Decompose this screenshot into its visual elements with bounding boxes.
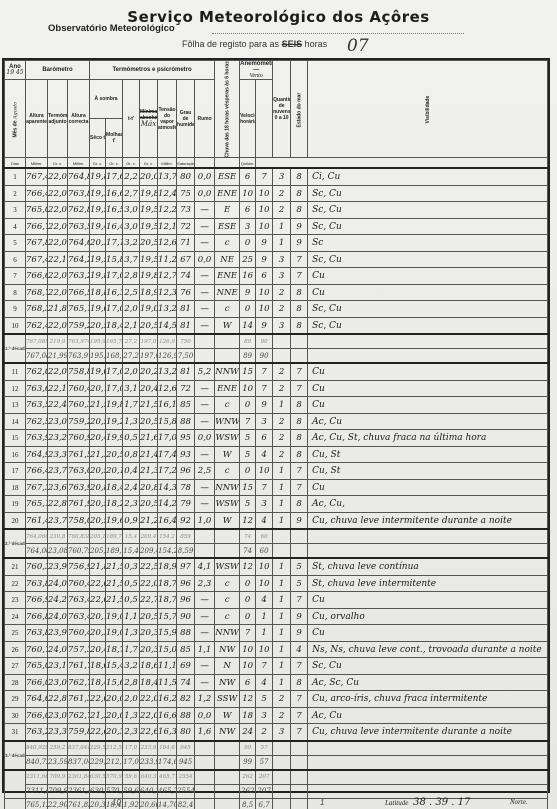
cell-min: 22,0 xyxy=(140,707,158,724)
cell-mar: 2 xyxy=(273,430,291,447)
cell-seco: 22,0 xyxy=(90,575,106,592)
cell-rumo: c xyxy=(215,592,240,609)
cell-alt-c: 760,46 xyxy=(68,625,90,642)
cell-alt-ap: 766,40 xyxy=(26,185,48,202)
cell-min: 19,5 xyxy=(140,251,158,268)
cell-vel: 6 xyxy=(240,168,256,185)
cell-min: 18,9 xyxy=(140,284,158,301)
cell-nuv: 10 xyxy=(256,558,273,575)
cell-rumo: c xyxy=(215,235,240,252)
cell-grau: 90 xyxy=(177,608,195,625)
cell-diff: 2,3 xyxy=(123,724,140,741)
decade-summary-row: 767,08521,99763,974195,9168,727,2197,012… xyxy=(5,349,548,364)
cell-alt-ap: 763,90 xyxy=(26,430,48,447)
wet-header: Molhado t' xyxy=(106,119,123,158)
cell-tensao: 11,5 xyxy=(158,674,177,691)
summary-seco: 630,5 xyxy=(90,784,106,798)
summary-diff: 59,6 xyxy=(123,770,140,785)
cell-nuv: 10 xyxy=(256,185,273,202)
cell-seco: 20,5 xyxy=(90,512,106,529)
cell-grau: 78 xyxy=(177,479,195,496)
day-number: 4 xyxy=(5,218,26,235)
summary-alt-c: 837,041 xyxy=(68,755,90,770)
cell-vis: 8 xyxy=(291,397,308,414)
summary-seco: 205,1 xyxy=(90,529,106,544)
cell-chuva: — xyxy=(195,446,215,463)
summary-min: 209,4 xyxy=(140,529,158,544)
cell-rumo: NW xyxy=(215,641,240,658)
anemometer-header: Anemómetro—Vento xyxy=(240,61,273,80)
decade-summary-row: 764,06023,08760,79205,1189,715,4209,4154… xyxy=(5,544,548,559)
summary-seco: 229,5 xyxy=(90,755,106,770)
summary-blank xyxy=(215,349,240,364)
summary-term: 709,9 xyxy=(48,784,68,798)
cell-nuv: 7 xyxy=(256,658,273,675)
cell-seco: 20,5 xyxy=(90,463,106,480)
decade-summary-row: 1.ª década767,085219,9763,974195,9165,72… xyxy=(5,334,548,349)
summary-term: 23,592 xyxy=(48,755,68,770)
cell-diff: 0,5 xyxy=(123,592,140,609)
cell-diff: 2,2 xyxy=(123,168,140,185)
cell-chuva: 0,0 xyxy=(195,168,215,185)
cell-vel: 0 xyxy=(240,463,256,480)
summary-alt-c: 760,838 xyxy=(68,529,90,544)
cell-term: 23,9 xyxy=(48,558,68,575)
cell-min: 20,4 xyxy=(140,380,158,397)
cell-min: 20,2 xyxy=(140,363,158,380)
cell-tensao: 12,2 xyxy=(158,202,177,219)
apparent-height-header: Altura aparente xyxy=(26,80,48,158)
cell-grau: 95 xyxy=(177,430,195,447)
day-number: 25 xyxy=(5,625,26,642)
unit-gr: Gr. c. xyxy=(90,158,106,169)
summary-term: 230,8 xyxy=(48,529,68,544)
cell-diff: 3,1 xyxy=(123,380,140,397)
cell-seco: 20,5 xyxy=(90,496,106,513)
summary-term: 259,2 xyxy=(48,741,68,756)
summary-blank xyxy=(273,529,291,544)
cell-alt-ap: 762,40 xyxy=(26,317,48,334)
summary-nuv: 57 xyxy=(256,755,273,770)
cell-nuv: 6 xyxy=(256,430,273,447)
sheet-label-suffix: horas xyxy=(305,39,328,49)
table-row: 9768,3021,8765,1519,017,02,019,013,281—c… xyxy=(5,301,548,318)
cell-diff: 1,7 xyxy=(123,397,140,414)
cell-vis: 7 xyxy=(291,268,308,285)
dry-header: Sêco t xyxy=(90,119,106,158)
summary-blank xyxy=(273,755,291,770)
unit-blank xyxy=(195,158,215,169)
cell-molh: 20,0 xyxy=(106,707,123,724)
cell-alt-ap: 760,30 xyxy=(26,558,48,575)
cell-tensao: 14,5 xyxy=(158,317,177,334)
cell-chuva: — xyxy=(195,317,215,334)
cell-tensao: 14,2 xyxy=(158,496,177,513)
latitude-label: Latitude xyxy=(385,799,408,807)
cell-grau: 80 xyxy=(177,168,195,185)
cell-term: 21,8 xyxy=(48,301,68,318)
cell-grau: 71 xyxy=(177,235,195,252)
summary-diff: 59,6 xyxy=(123,784,140,798)
cell-grau: 80 xyxy=(177,724,195,741)
table-row: 23766,9024,2763,4822,021,50,522,718,796—… xyxy=(5,592,548,609)
day-number: 21 xyxy=(5,558,26,575)
cell-rumo: c xyxy=(215,575,240,592)
summary-grau: 7,50 xyxy=(177,349,195,364)
table-row: 17766,4023,7763,0420,520,10,421,317,2962… xyxy=(5,463,548,480)
cell-rumo: NNW xyxy=(215,479,240,496)
cell-term: 22,0 xyxy=(48,363,68,380)
cell-chuva: — xyxy=(195,608,215,625)
cell-alt-ap: 766,40 xyxy=(26,463,48,480)
cell-mar: 1 xyxy=(273,575,291,592)
month-mean-alt-ap: 765,12 xyxy=(26,798,48,809)
cell-chuva: 0,0 xyxy=(195,251,215,268)
cell-min: 21,2 xyxy=(140,512,158,529)
table-row: 22763,8024,0760,4022,021,50,522,018,7962… xyxy=(5,575,548,592)
unit-blank xyxy=(215,158,240,169)
cell-vis: 8 xyxy=(291,284,308,301)
cell-term: 23,3 xyxy=(48,724,68,741)
day-number: 17 xyxy=(5,463,26,480)
summary-grau: 2554 xyxy=(177,770,195,785)
summary-blank xyxy=(195,784,215,798)
cell-nuv: 7 xyxy=(256,168,273,185)
cell-term: 22,0 xyxy=(48,218,68,235)
unit-blank xyxy=(256,158,548,169)
day-number: 11 xyxy=(5,363,26,380)
sky-remark: Ns, Ns, chuva leve cont., trovoada duran… xyxy=(308,641,548,658)
cell-grau: 69 xyxy=(177,658,195,675)
summary-alt-ap: 767,085 xyxy=(26,334,48,349)
cell-min: 18,6 xyxy=(140,658,158,675)
latitude-value: 38 . 39 . 17 xyxy=(413,797,470,808)
wind-speed-header: Velocidade horária xyxy=(240,80,256,158)
decade-summary-row: 2.ª década764,060230,8760,838205,1189,71… xyxy=(5,529,548,544)
cell-vis: 7 xyxy=(291,658,308,675)
cell-alt-ap: 768,70 xyxy=(26,284,48,301)
cell-tensao: 14,3 xyxy=(158,479,177,496)
cell-alt-ap: 767,45 xyxy=(26,251,48,268)
sky-remark: Sc, Cu xyxy=(308,317,548,334)
summary-term: 709,9 xyxy=(48,770,68,785)
cell-molh: 15,4 xyxy=(106,658,123,675)
summary-vel: 89 xyxy=(240,349,256,364)
cell-seco: 19,8 xyxy=(90,268,106,285)
cell-mar: 1 xyxy=(273,592,291,609)
summary-nuv: 207 xyxy=(256,770,273,785)
cell-nuv: 10 xyxy=(256,218,273,235)
cell-alt-c: 758,06 xyxy=(68,512,90,529)
observatory-label: Observatório Meteorológico xyxy=(48,23,175,34)
table-row: 11762,0022,0758,8619,017,02,020,213,2815… xyxy=(5,363,548,380)
cell-alt-c: 761,58 xyxy=(68,446,90,463)
summary-blank xyxy=(195,334,215,349)
cell-chuva: 2,5 xyxy=(195,463,215,480)
cell-tensao: 12,3 xyxy=(158,284,177,301)
summary-grau: 859 xyxy=(177,529,195,544)
cell-mar: 2 xyxy=(273,691,291,708)
day-number: 23 xyxy=(5,592,26,609)
cell-diff: 2,1 xyxy=(123,317,140,334)
cell-min: 22,0 xyxy=(140,691,158,708)
cell-min: 19,5 xyxy=(140,218,158,235)
cell-chuva: 5,2 xyxy=(195,363,215,380)
cell-mar: 2 xyxy=(273,284,291,301)
day-number: 6 xyxy=(5,251,26,268)
cell-term: 23,3 xyxy=(48,446,68,463)
cell-vis: 8 xyxy=(291,317,308,334)
day-number: 2 xyxy=(5,185,26,202)
summary-alt-ap: 840,920 xyxy=(26,741,48,756)
cell-alt-ap: 765,00 xyxy=(26,202,48,219)
cell-rumo: WSW xyxy=(215,496,240,513)
cell-vel: 5 xyxy=(240,496,256,513)
cell-chuva: — xyxy=(195,658,215,675)
sky-remark: Sc, Cu xyxy=(308,301,548,318)
cell-molh: 16,3 xyxy=(106,284,123,301)
unit-mm: Millim. xyxy=(158,158,177,169)
summary-blank xyxy=(273,784,291,798)
cell-diff: 0,9 xyxy=(123,512,140,529)
cell-vis: 9 xyxy=(291,625,308,642)
cell-rumo: E xyxy=(215,202,240,219)
summary-molh: 168,7 xyxy=(106,349,123,364)
cell-tensao: 17,0 xyxy=(158,430,177,447)
summary-alt-ap: 2311,665 xyxy=(26,770,48,785)
cell-grau: 75 xyxy=(177,185,195,202)
summary-tensao: 126,9 xyxy=(158,334,177,349)
cell-grau: 85 xyxy=(177,397,195,414)
summary-blank xyxy=(195,349,215,364)
cell-seco: 21,3 xyxy=(90,707,106,724)
summary-blank xyxy=(215,798,240,809)
cell-chuva: 1,2 xyxy=(195,691,215,708)
cell-molh: 19,0 xyxy=(106,608,123,625)
clouds-header: Quantidade de nuvens 0 a 10 xyxy=(273,61,291,158)
cell-nuv: 7 xyxy=(256,380,273,397)
sky-remark: Cu xyxy=(308,625,548,642)
handwritten-hour: 07 xyxy=(347,36,369,56)
summary-min: 640,3 xyxy=(140,784,158,798)
cell-tensao: 11,1 xyxy=(158,658,177,675)
cell-diff: 2,4 xyxy=(123,479,140,496)
cell-molh: 19,6 xyxy=(106,512,123,529)
summary-diff: 27,2 xyxy=(123,334,140,349)
cell-molh: 20,0 xyxy=(106,691,123,708)
summary-min: 197,0 xyxy=(140,349,158,364)
page-mark-right: 1 xyxy=(320,798,324,807)
cell-diff: 1,3 xyxy=(123,707,140,724)
cell-seco: 21,5 xyxy=(90,397,106,414)
cell-vis: 8 xyxy=(291,301,308,318)
cell-nuv: 3 xyxy=(256,413,273,430)
summary-blank xyxy=(195,529,215,544)
summary-blank xyxy=(308,529,548,544)
summary-blank xyxy=(291,798,308,809)
cell-chuva: 1,6 xyxy=(195,724,215,741)
summary-tensao: 174,6 xyxy=(158,755,177,770)
cell-mar: 1 xyxy=(273,512,291,529)
cell-alt-c: 764,28 xyxy=(68,251,90,268)
table-row: 3765,0022,0762,8419,516,53,019,512,273—E… xyxy=(5,202,548,219)
cell-rumo: c xyxy=(215,463,240,480)
summary-blank xyxy=(291,529,308,544)
cell-chuva: 4,1 xyxy=(195,558,215,575)
cell-alt-c: 764,84 xyxy=(68,168,90,185)
day-number: 28 xyxy=(5,674,26,691)
cell-tensao: 15,9 xyxy=(158,625,177,642)
summary-diff: 17,0 xyxy=(123,755,140,770)
cell-mar: 2 xyxy=(273,185,291,202)
table-row: 25763,8523,9760,4620,319,01,320,315,988—… xyxy=(5,625,548,642)
table-row: 16764,9023,3761,5821,320,50,821,417,493—… xyxy=(5,446,548,463)
cell-alt-ap: 766,85 xyxy=(26,608,48,625)
cell-molh: 20,1 xyxy=(106,463,123,480)
sky-remark: Sc, Cu xyxy=(308,202,548,219)
register-body: 1767,4022,0764,8419,817,62,220,013,7800,… xyxy=(5,168,548,809)
summary-seco: 630,5 xyxy=(90,770,106,785)
cell-rumo: NW xyxy=(215,724,240,741)
sky-remark: Cu xyxy=(308,479,548,496)
cell-nuv: 9 xyxy=(256,251,273,268)
summary-vel: 74 xyxy=(240,544,256,559)
cell-alt-ap: 763,20 xyxy=(26,724,48,741)
cell-molh: 18,2 xyxy=(106,496,123,513)
cell-mar: 2 xyxy=(273,707,291,724)
cell-vis: 8 xyxy=(291,413,308,430)
sky-remark: Cu, chuva leve intermitente durante a no… xyxy=(308,512,548,529)
cell-rumo: ENE xyxy=(215,380,240,397)
cell-seco: 20,1 xyxy=(90,380,106,397)
cell-nuv: 4 xyxy=(256,446,273,463)
summary-blank xyxy=(215,770,240,785)
day-number: 10 xyxy=(5,317,26,334)
day-number: 15 xyxy=(5,430,26,447)
cell-diff: 2,0 xyxy=(123,363,140,380)
summary-molh: 570,9 xyxy=(106,770,123,785)
cell-alt-ap: 766,75 xyxy=(26,218,48,235)
cell-diff: 0,4 xyxy=(123,463,140,480)
cell-diff: 2,0 xyxy=(123,301,140,318)
cell-alt-c: 759,20 xyxy=(68,317,90,334)
summary-diff: 15,4 xyxy=(123,529,140,544)
summary-molh: 212,5 xyxy=(106,755,123,770)
day-number: 20 xyxy=(5,512,26,529)
sky-remark: Cu xyxy=(308,268,548,285)
cell-rumo: ENE xyxy=(215,268,240,285)
sheet-label-prefix: Fôlha de registo para as xyxy=(182,39,279,49)
cell-alt-c: 763,48 xyxy=(68,592,90,609)
cell-vis: 8 xyxy=(291,430,308,447)
day-number: 24 xyxy=(5,608,26,625)
cell-molh: 17,0 xyxy=(106,301,123,318)
cell-alt-c: 763,95 xyxy=(68,479,90,496)
cell-grau: 88 xyxy=(177,413,195,430)
table-row: 18767,3023,6763,9520,818,42,420,814,378—… xyxy=(5,479,548,496)
cell-diff: 2,8 xyxy=(123,268,140,285)
cell-alt-c: 761,71 xyxy=(68,658,90,675)
cell-grau: 85 xyxy=(177,641,195,658)
cell-seco: 18,6 xyxy=(90,658,106,675)
cell-alt-c: 763,29 xyxy=(68,268,90,285)
cell-term: 23,0 xyxy=(48,707,68,724)
cell-term: 23,6 xyxy=(48,479,68,496)
summary-min: 209,4 xyxy=(140,544,158,559)
summary-blank xyxy=(215,544,240,559)
cell-vel: 10 xyxy=(240,641,256,658)
month-mean-nuv: 6,7 xyxy=(256,798,273,809)
cell-min: 21,6 xyxy=(140,430,158,447)
cell-alt-c: 766,53 xyxy=(68,284,90,301)
cell-molh: 17,6 xyxy=(106,168,123,185)
cell-vis: 5 xyxy=(291,575,308,592)
summary-molh: 212,5 xyxy=(106,741,123,756)
cell-diff: 1,7 xyxy=(123,641,140,658)
table-row: 24766,8524,0763,4520,119,01,120,515,790—… xyxy=(5,608,548,625)
unit-gr: Gr. c. xyxy=(48,158,68,169)
cell-molh: 21,5 xyxy=(106,558,123,575)
summary-blank xyxy=(291,544,308,559)
table-row: 28766,0023,0762,7218,415,62,818,411,574—… xyxy=(5,674,548,691)
cell-min: 20,3 xyxy=(140,641,158,658)
cell-vel: 0 xyxy=(240,592,256,609)
cell-diff: 2,3 xyxy=(123,496,140,513)
summary-blank xyxy=(291,755,308,770)
cell-vis: 8 xyxy=(291,496,308,513)
barometer-header: Barómetro xyxy=(26,61,90,80)
cell-rumo: N xyxy=(215,658,240,675)
cell-alt-c: 759,22 xyxy=(68,413,90,430)
table-row: 19765,1022,8761,9220,518,22,320,514,279—… xyxy=(5,496,548,513)
cell-min: 20,5 xyxy=(140,413,158,430)
cell-rumo: NW xyxy=(215,674,240,691)
summary-blank xyxy=(215,741,240,756)
summary-tensao: 154,2 xyxy=(158,529,177,544)
cell-diff: 0,3 xyxy=(123,558,140,575)
cell-seco: 22,0 xyxy=(90,592,106,609)
summary-vel: 74 xyxy=(240,529,256,544)
table-row: 20761,4023,7758,0620,519,60,921,216,4921… xyxy=(5,512,548,529)
cell-tensao: 15,8 xyxy=(158,413,177,430)
unit-gr: Gr. c. xyxy=(123,158,140,169)
cell-term: 22,1 xyxy=(48,380,68,397)
cell-rumo: c xyxy=(215,301,240,318)
table-row: 26760,7024,0757,3220,418,71,720,315,0851… xyxy=(5,641,548,658)
month-mean-min: 20,66 xyxy=(140,798,158,809)
cell-alt-ap: 761,40 xyxy=(26,512,48,529)
sky-remark: Cu, orvalho xyxy=(308,608,548,625)
cell-term: 22,1 xyxy=(48,251,68,268)
cell-seco: 19,5 xyxy=(90,202,106,219)
cell-alt-ap: 766,65 xyxy=(26,268,48,285)
table-row: 14762,5023,0759,2220,519,21,320,515,888—… xyxy=(5,413,548,430)
t-diff-header: t-t' xyxy=(123,80,140,158)
cell-tensao: 11,2 xyxy=(158,251,177,268)
cell-min: 18,4 xyxy=(140,674,158,691)
summary-term: 23,08 xyxy=(48,544,68,559)
cell-alt-c: 760,40 xyxy=(68,575,90,592)
cell-molh: 18,4 xyxy=(106,317,123,334)
cell-term: 22,0 xyxy=(48,268,68,285)
cell-seco: 20,8 xyxy=(90,479,106,496)
cell-alt-c: 760,48 xyxy=(68,380,90,397)
month-mean-term: 22,90 xyxy=(48,798,68,809)
cell-min: 19,8 xyxy=(140,268,158,285)
table-row: 12763,6522,1760,4820,117,03,120,412,672—… xyxy=(5,380,548,397)
sky-remark: Cu xyxy=(308,592,548,609)
cell-rumo: WSW xyxy=(215,558,240,575)
